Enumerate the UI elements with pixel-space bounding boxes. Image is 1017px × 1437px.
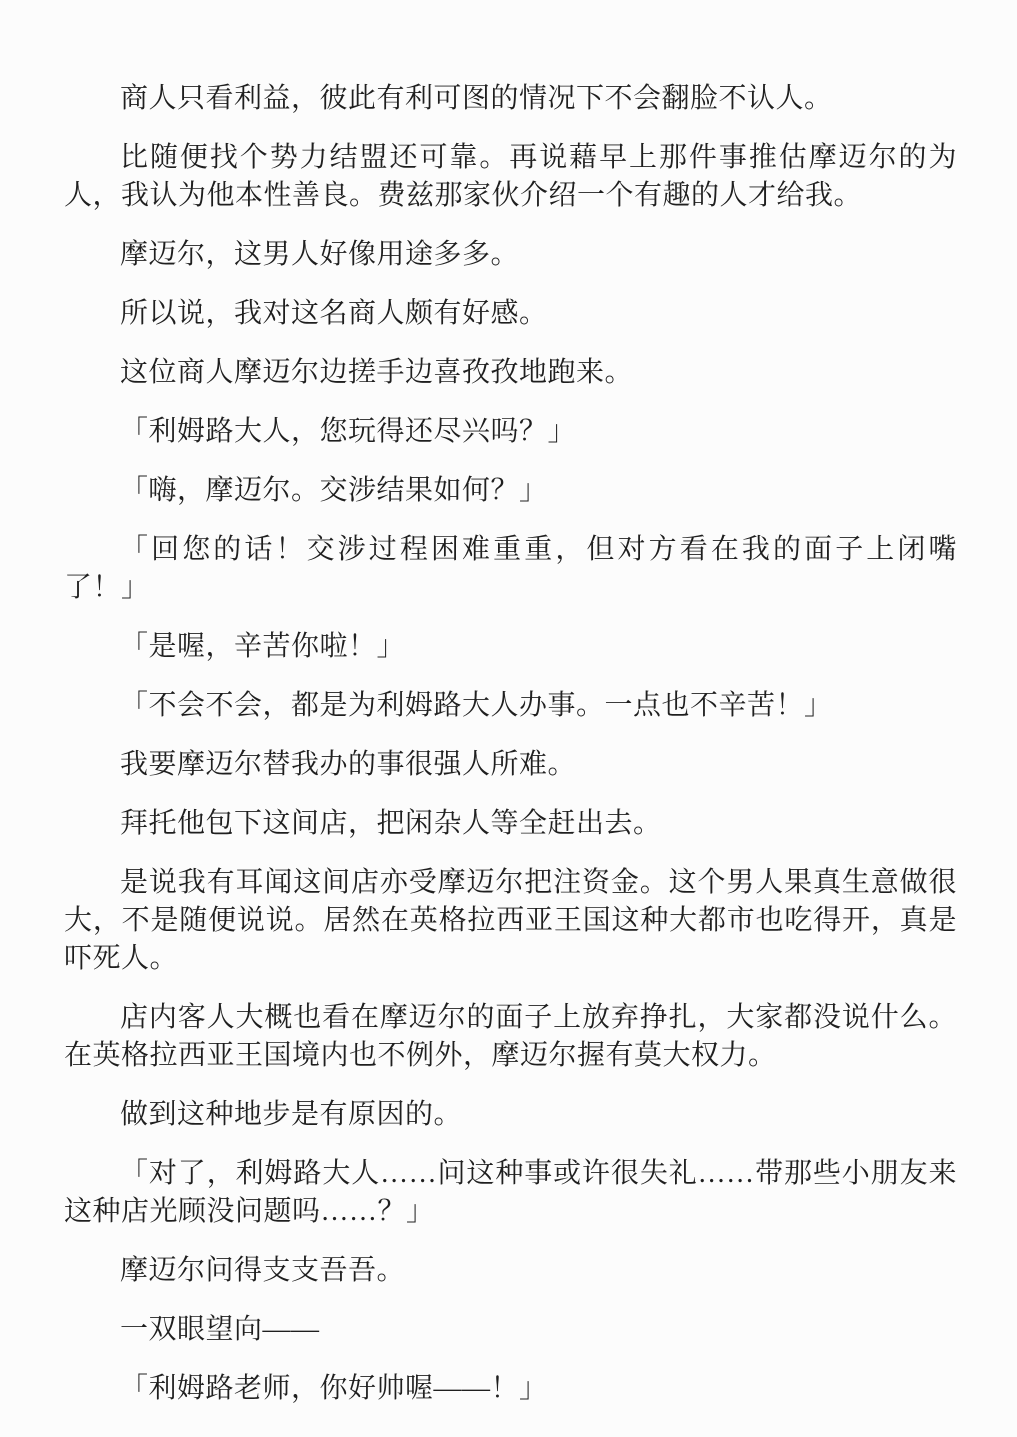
- text-paragraph: 「嗨，摩迈尔。交涉结果如何？」: [64, 472, 957, 510]
- text-paragraph: 一双眼望向——: [64, 1311, 957, 1349]
- text-paragraph: 所以说，我对这名商人颇有好感。: [64, 295, 957, 333]
- text-paragraph: 商人只看利益，彼此有利可图的情况下不会翻脸不认人。: [64, 80, 957, 118]
- text-paragraph: 「对了，利姆路大人……问这种事或许很失礼……带那些小朋友来这种店光顾没问题吗………: [64, 1155, 957, 1231]
- text-paragraph: 「是喔，辛苦你啦！」: [64, 628, 957, 666]
- text-paragraph: 是说我有耳闻这间店亦受摩迈尔把注资金。这个男人果真生意做很大，不是随便说说。居然…: [64, 864, 957, 978]
- text-paragraph: 摩迈尔问得支支吾吾。: [64, 1252, 957, 1290]
- document-page: 商人只看利益，彼此有利可图的情况下不会翻脸不认人。 比随便找个势力结盟还可靠。再…: [0, 0, 1017, 1437]
- text-content: 商人只看利益，彼此有利可图的情况下不会翻脸不认人。 比随便找个势力结盟还可靠。再…: [0, 0, 1017, 1408]
- text-paragraph: 拜托他包下这间店，把闲杂人等全赶出去。: [64, 805, 957, 843]
- text-paragraph: 「不会不会，都是为利姆路大人办事。一点也不辛苦！」: [64, 687, 957, 725]
- text-paragraph: 做到这种地步是有原因的。: [64, 1096, 957, 1134]
- text-paragraph: 我要摩迈尔替我办的事很强人所难。: [64, 746, 957, 784]
- text-paragraph: 这位商人摩迈尔边搓手边喜孜孜地跑来。: [64, 354, 957, 392]
- text-paragraph: 「利姆路大人，您玩得还尽兴吗？」: [64, 413, 957, 451]
- text-paragraph: 「利姆路老师，你好帅喔——！」: [64, 1370, 957, 1408]
- text-paragraph: 摩迈尔，这男人好像用途多多。: [64, 236, 957, 274]
- text-paragraph: 店内客人大概也看在摩迈尔的面子上放弃挣扎，大家都没说什么。在英格拉西亚王国境内也…: [64, 999, 957, 1075]
- text-paragraph: 比随便找个势力结盟还可靠。再说藉早上那件事推估摩迈尔的为人，我认为他本性善良。费…: [64, 139, 957, 215]
- text-paragraph: 「回您的话！交涉过程困难重重，但对方看在我的面子上闭嘴了！」: [64, 531, 957, 607]
